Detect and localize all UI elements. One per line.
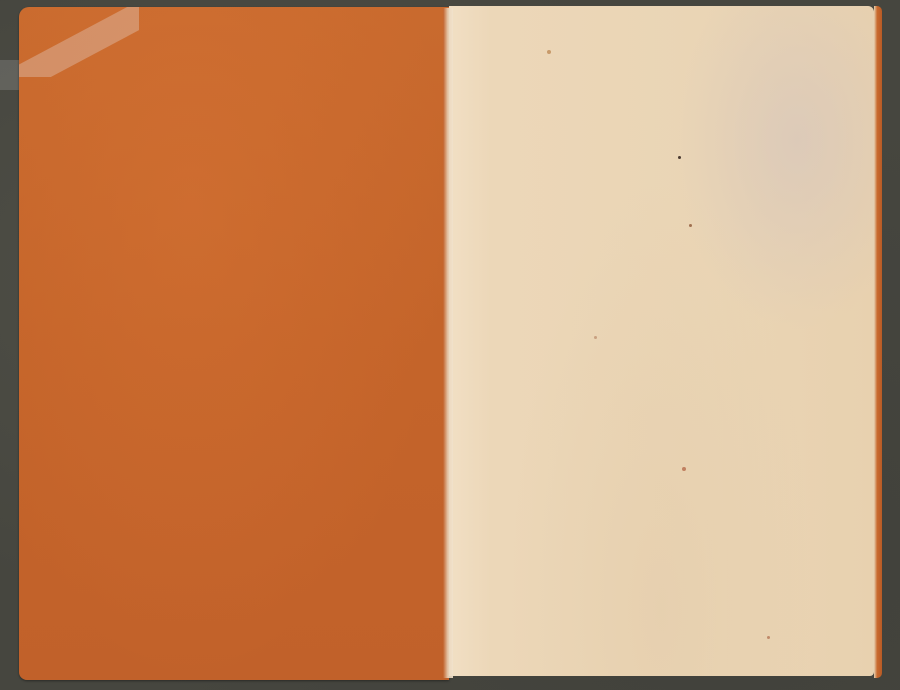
- inside-front-cover: [19, 7, 449, 680]
- tape-strip: [19, 7, 139, 77]
- foxing-spot: [682, 467, 686, 471]
- back-cover-edge: [874, 6, 882, 678]
- foxing-spot: [594, 336, 597, 339]
- foxing-spot: [689, 224, 692, 227]
- foxing-spot: [767, 636, 770, 639]
- foxing-spot: [547, 50, 551, 54]
- tape-strip-overhang: [0, 60, 20, 90]
- book-gutter: [443, 8, 453, 678]
- foxing-spot: [678, 156, 681, 159]
- blank-page: [449, 6, 874, 676]
